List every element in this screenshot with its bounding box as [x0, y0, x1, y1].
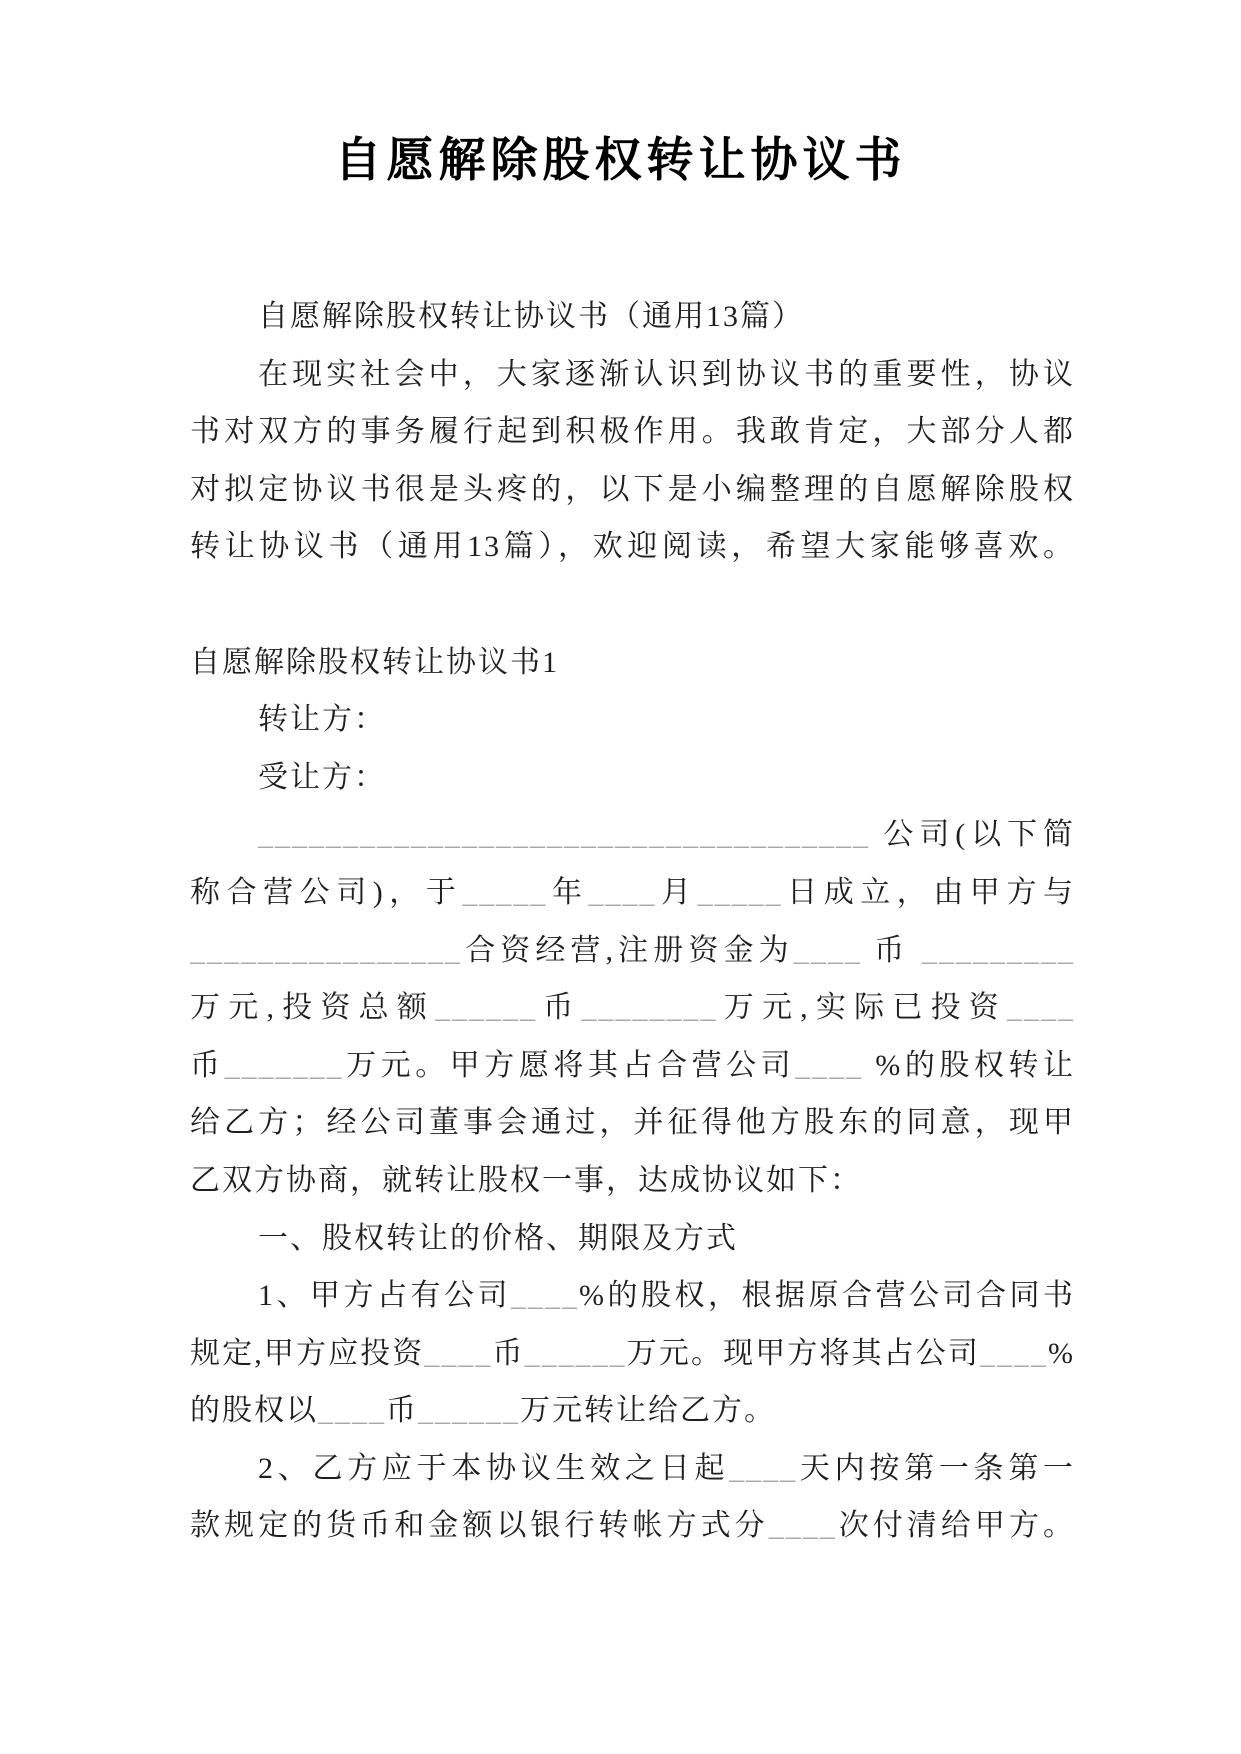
blank-underscore: ____ — [1007, 991, 1075, 1024]
blank-underscore: ____ — [980, 1337, 1048, 1370]
blank-underscore: _____ — [462, 876, 547, 909]
blank-underscore: ____ — [729, 1452, 797, 1485]
document-title: 自愿解除股权转让协议书 — [0, 0, 1241, 194]
transferor-line: 转让方： — [190, 691, 1075, 749]
blank-underscore: ____ — [511, 1279, 579, 1312]
clause-heading: 一、股权转让的价格、期限及方式 — [190, 1210, 1075, 1268]
intro-line: 对拟定协议书很是头疼的，以下是小编整理的自愿解除股权 — [190, 461, 1075, 519]
document-page: 自愿解除股权转让协议书 自愿解除股权转让协议书（通用13篇）在现实社会中，大家逐… — [0, 0, 1241, 1754]
clause-line: 2、乙方应于本协议生效之日起____天内按第一条第一 — [190, 1440, 1075, 1498]
blank-underscore: ______ — [435, 991, 537, 1024]
blank-underscore: ____ — [795, 1049, 863, 1082]
section-heading: 自愿解除股权转让协议书1 — [190, 634, 1075, 692]
blank-underscore: _______ — [225, 1049, 344, 1082]
intro-line: 书对双方的事务履行起到积极作用。我敢肯定，大部分人都 — [190, 403, 1075, 461]
blank-underscore: ____ — [769, 1509, 837, 1542]
blank-underscore: ____ — [589, 876, 657, 909]
blank-underscore: ______ — [525, 1337, 627, 1370]
blank-underscore: ____ — [318, 1394, 386, 1427]
body-line: 万元,投资总额______币________万元,实际已投资____ — [190, 979, 1075, 1037]
clause-line: 的股权以____币______万元转让给乙方。 — [190, 1382, 1075, 1440]
blank-underscore: ________ — [582, 991, 718, 1024]
intro-line: 在现实社会中，大家逐渐认识到协议书的重要性，协议 — [190, 346, 1075, 404]
blank-underscore: ____ — [424, 1337, 492, 1370]
intro-line: 转让协议书（通用13篇），欢迎阅读，希望大家能够喜欢。 — [190, 518, 1075, 576]
body-line: ________________合资经营,注册资金为____ 币 _______… — [190, 922, 1075, 980]
clause-line: 1、甲方占有公司____%的股权，根据原合营公司合同书 — [190, 1267, 1075, 1325]
blank-underscore: ______ — [418, 1394, 520, 1427]
blank-underscore: ____ — [794, 934, 862, 967]
clause-line: 规定,甲方应投资____币______万元。现甲方将其占公司____% — [190, 1325, 1075, 1383]
clause-line: 款规定的货币和金额以银行转帐方式分____次付清给甲方。 — [190, 1497, 1075, 1555]
body-line: ____________________________________ 公司(… — [190, 806, 1075, 864]
document-body: 自愿解除股权转让协议书（通用13篇）在现实社会中，大家逐渐认识到协议书的重要性，… — [190, 288, 1075, 1555]
blank-underscore: _____ — [698, 876, 783, 909]
body-line: 乙双方协商，就转让股权一事，达成协议如下： — [190, 1152, 1075, 1210]
blank-underscore: ________________ — [190, 934, 462, 967]
blank-underscore: ____________________________________ — [258, 818, 870, 851]
transferee-line: 受让方： — [190, 749, 1075, 807]
blank-underscore: _________ — [922, 934, 1075, 967]
body-line: 给乙方；经公司董事会通过，并征得他方股东的同意，现甲 — [190, 1094, 1075, 1152]
body-line: 称合营公司)，于_____年____月_____日成立，由甲方与 — [190, 864, 1075, 922]
subtitle-line: 自愿解除股权转让协议书（通用13篇） — [190, 288, 1075, 346]
body-line: 币_______万元。甲方愿将其占合营公司____ %的股权转让 — [190, 1037, 1075, 1095]
